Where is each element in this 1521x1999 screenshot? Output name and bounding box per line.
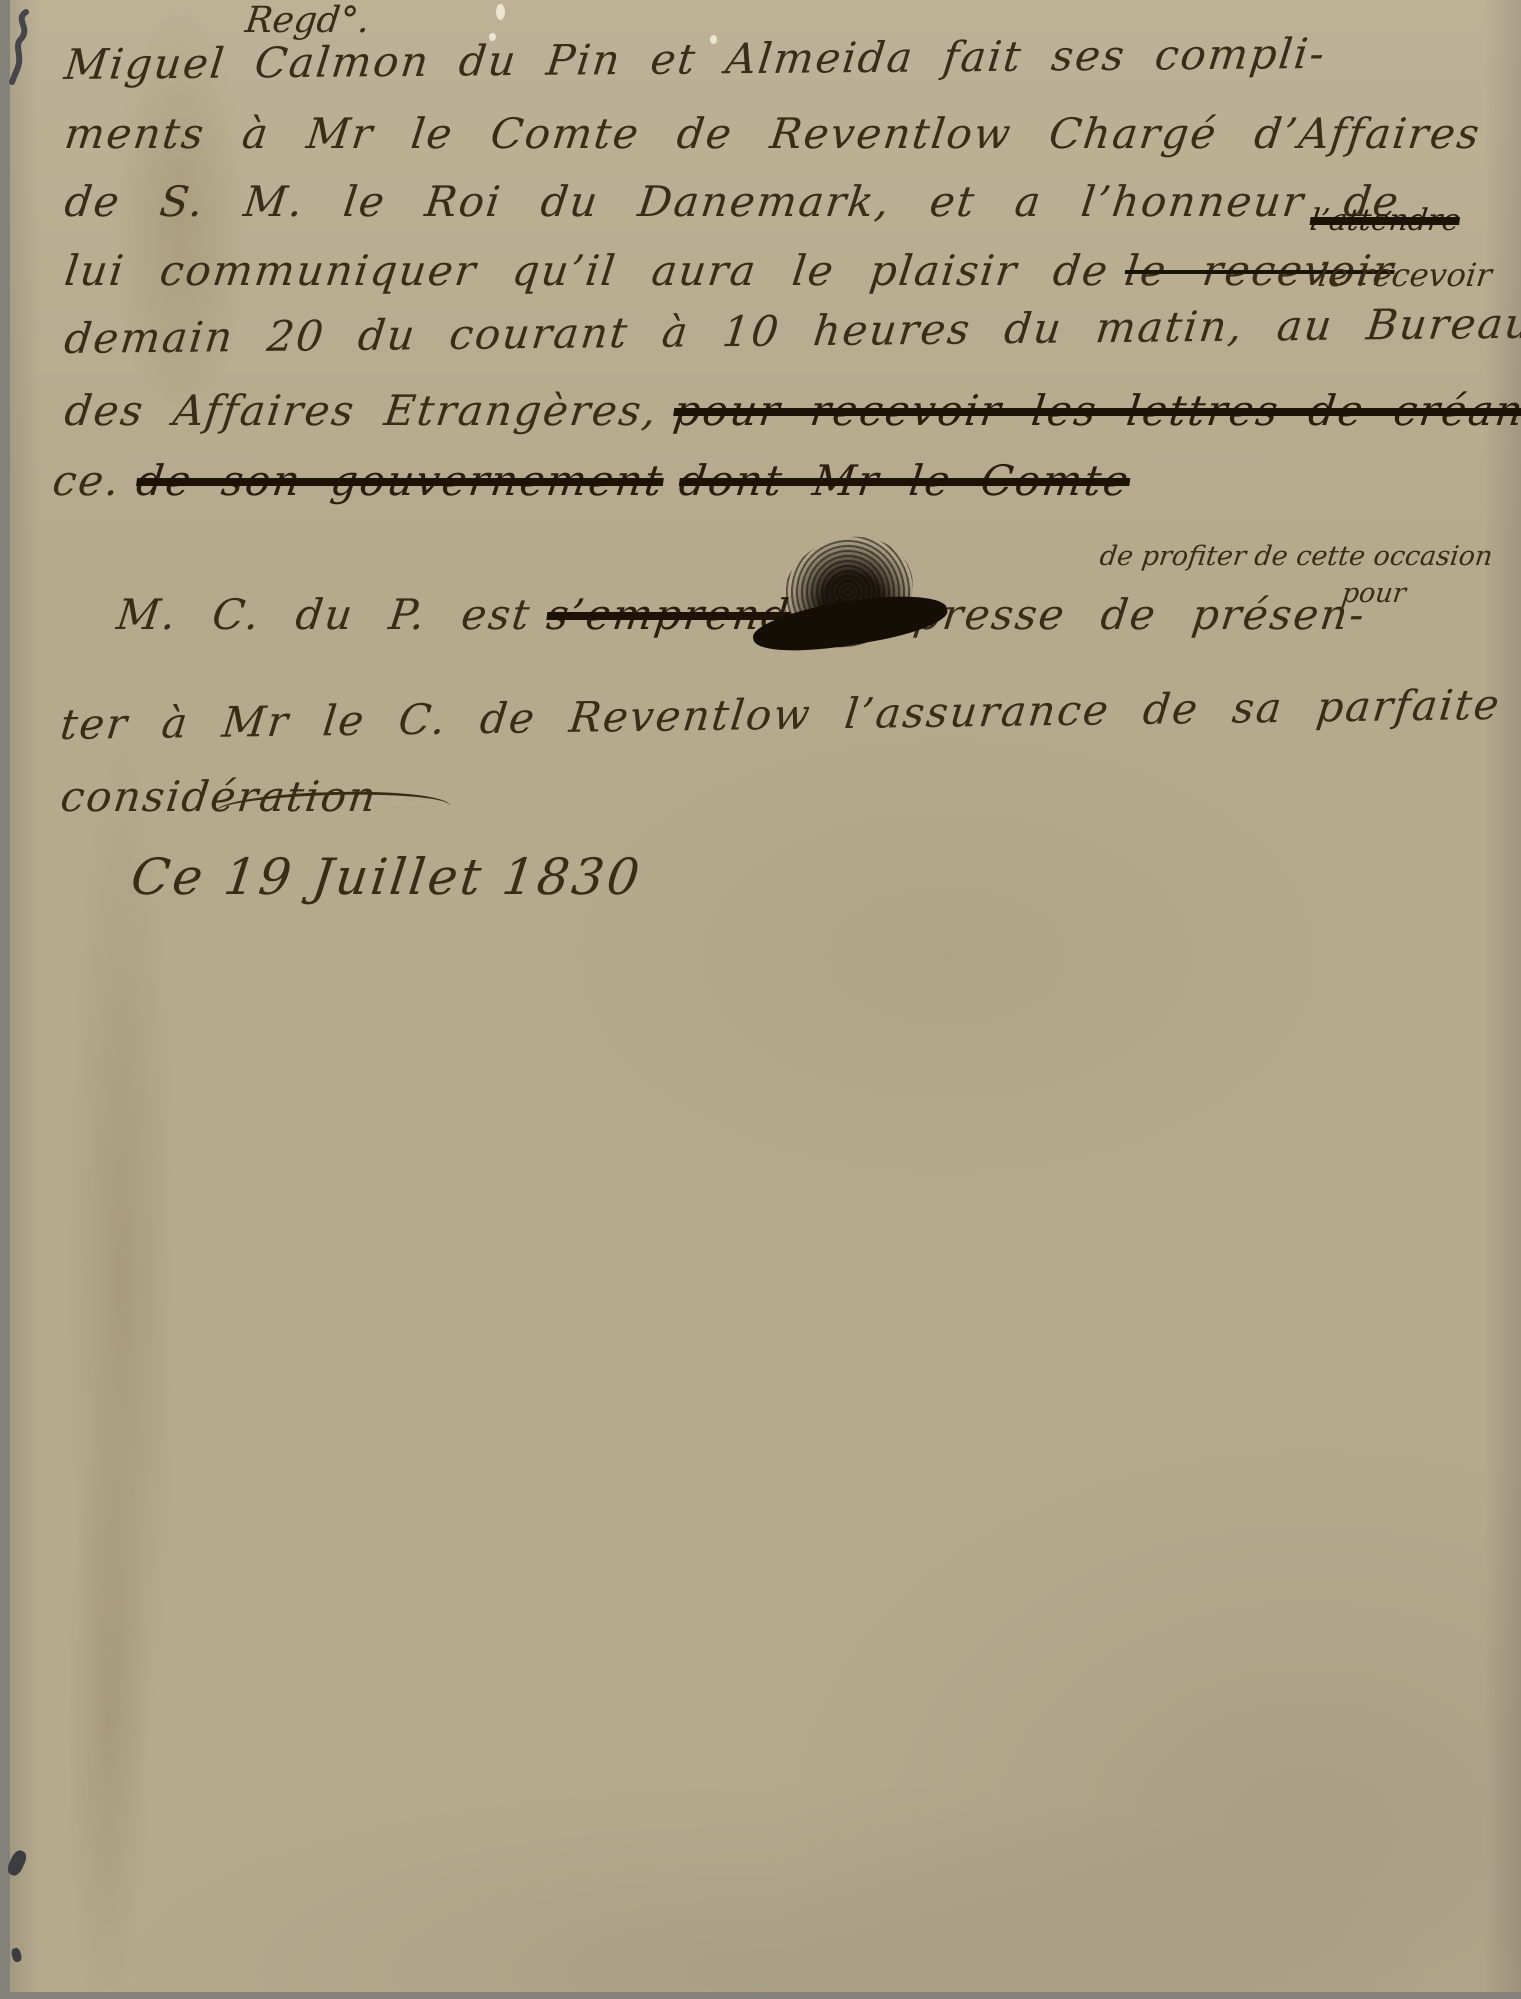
manuscript-line: ments à Mr le Comte de Reventlow Chargé … <box>62 109 1484 158</box>
margin-correction-struck: l’attendre <box>1308 203 1462 238</box>
line-text: M. C. du P. est <box>114 590 534 639</box>
manuscript-line: des Affaires Etrangères,pour recevoir le… <box>62 386 1521 435</box>
struck-text: de son gouvernement <box>134 456 667 505</box>
manuscript-line: M. C. du P. ests’emprends’empresse de pr… <box>114 590 1369 639</box>
edge-ink-mark <box>5 1848 29 1877</box>
manuscript-line: Miguel Calmon du Pin et Almeida fait ses… <box>62 29 1329 89</box>
line-text: Miguel Calmon du Pin et Almeida fait ses… <box>62 29 1329 89</box>
line-text: ce. <box>50 456 124 505</box>
struck-text: dont Mr le Comte <box>676 456 1133 505</box>
line-text: ments à Mr le Comte de Reventlow Chargé … <box>62 109 1484 158</box>
manuscript-line: de S. M. le Roi du Danemark, et a l’honn… <box>62 177 1403 226</box>
edge-ink-mark <box>10 1947 22 1963</box>
line-text: demain 20 du courant à 10 heures du mati… <box>62 299 1521 363</box>
pen-scribble-mark <box>6 6 46 86</box>
manuscript-line: ce.de son gouvernementdont Mr le Comte <box>50 456 1133 505</box>
paper-speck <box>710 35 717 44</box>
paper-speck <box>489 33 496 41</box>
interlinear-insertion: de profiter de cette occasion <box>1098 541 1494 572</box>
line-text: des Affaires Etrangères, <box>62 386 661 435</box>
manuscript-line: lui communiquer qu’il aura le plaisir de… <box>62 246 1398 295</box>
date-line: Ce 19 Juillet 1830 <box>128 848 645 906</box>
line-text: lui communiquer qu’il aura le plaisir de <box>62 246 1112 295</box>
paper-speck <box>496 4 505 20</box>
manuscript-page: Regd°. Miguel Calmon du Pin et Almeida f… <box>10 0 1521 1992</box>
manuscript-line: ter à Mr le C. de Reventlow l’assurance … <box>58 680 1503 749</box>
registered-annotation: Regd°. <box>243 0 372 41</box>
struck-text: pour recevoir les lettres de créan- <box>671 386 1521 435</box>
manuscript-line: demain 20 du courant à 10 heures du mati… <box>62 299 1521 363</box>
margin-correction-rewrite: le recevoir <box>1316 256 1494 294</box>
line-text: ter à Mr le C. de Reventlow l’assurance … <box>58 680 1503 749</box>
interlinear-insertion: pour <box>1340 578 1408 609</box>
line-text: de S. M. le Roi du Danemark, et a l’honn… <box>62 177 1403 226</box>
